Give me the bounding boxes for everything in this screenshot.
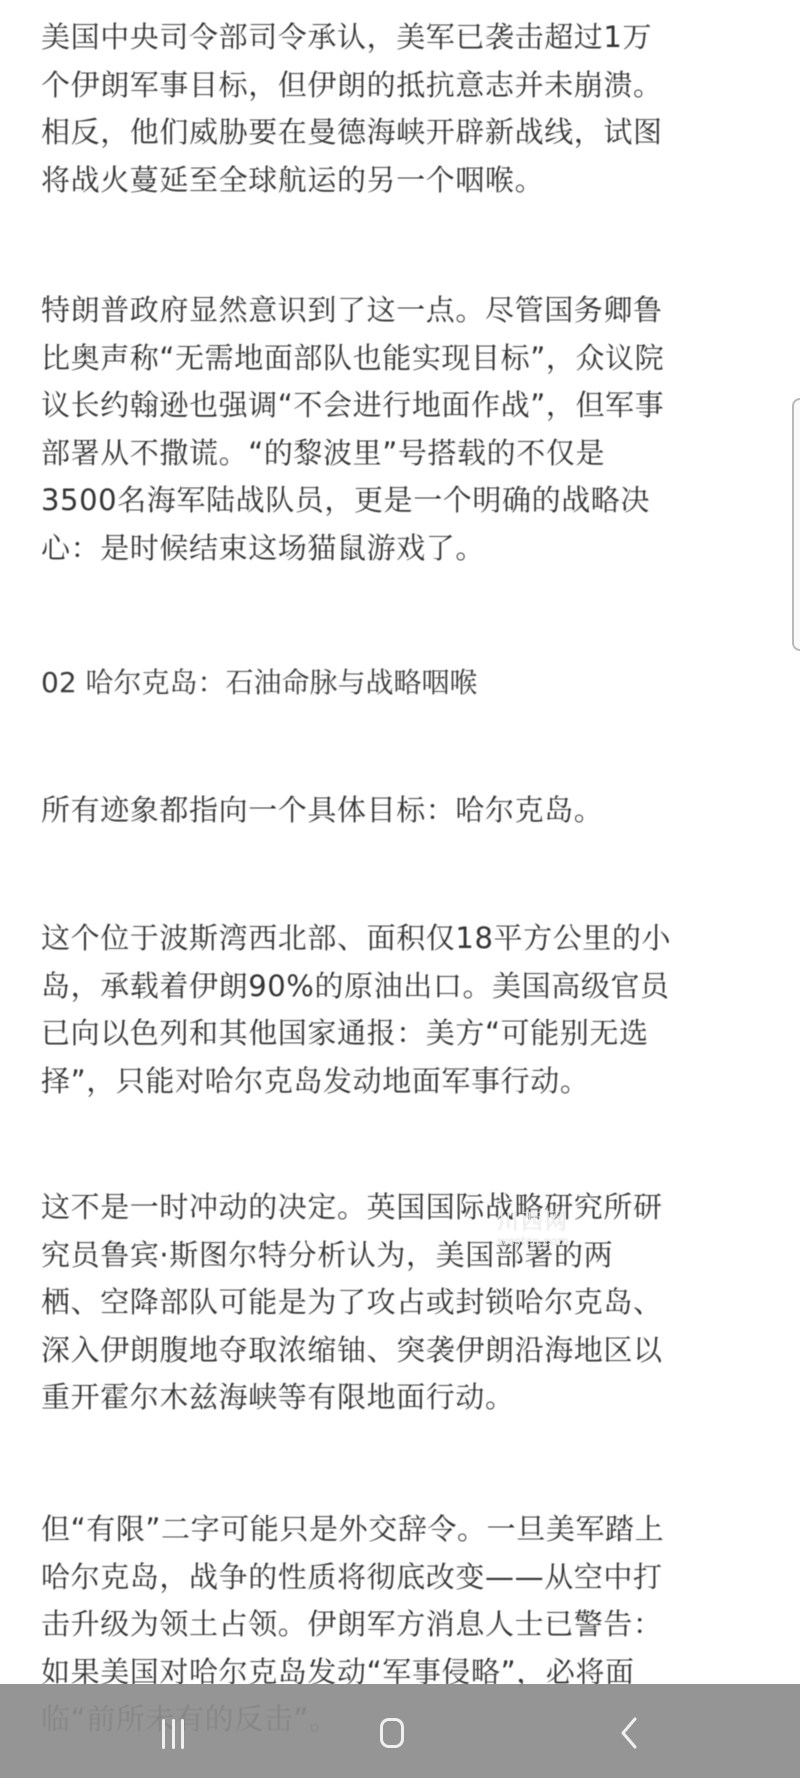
back-button[interactable] [565,1684,685,1778]
paragraph-1: 美国中央司令部司令承认，美军已袭击超过1万 个伊朗军事目标，但伊朗的抵抗意志并未… [41,14,663,204]
home-icon [380,1718,404,1748]
section-heading: 02 哈尔克岛：石油命脉与战略咽喉 [41,659,478,707]
recents-icon [162,1719,184,1749]
scrollbar-handle[interactable] [792,398,800,651]
paragraph-2: 特朗普政府显然意识到了这一点。尽管国务卿鲁 比奥声称“无需地面部队也能实现目标”… [41,287,664,572]
back-icon [615,1716,645,1750]
paragraph-3: 所有迹象都指向一个具体目标：哈尔克岛。 [41,787,603,835]
recents-button[interactable] [115,1684,235,1778]
paragraph-5: 这不是一时冲动的决定。英国国际战略研究所研 究员鲁宾·斯图尔特分析认为，美国部署… [41,1184,663,1422]
system-navigation-bar [0,1684,800,1778]
paragraph-4: 这个位于波斯湾西北部、面积仅18平方公里的小 岛，承载着伊朗90%的原油出口。美… [41,915,671,1105]
home-button[interactable] [340,1684,460,1778]
